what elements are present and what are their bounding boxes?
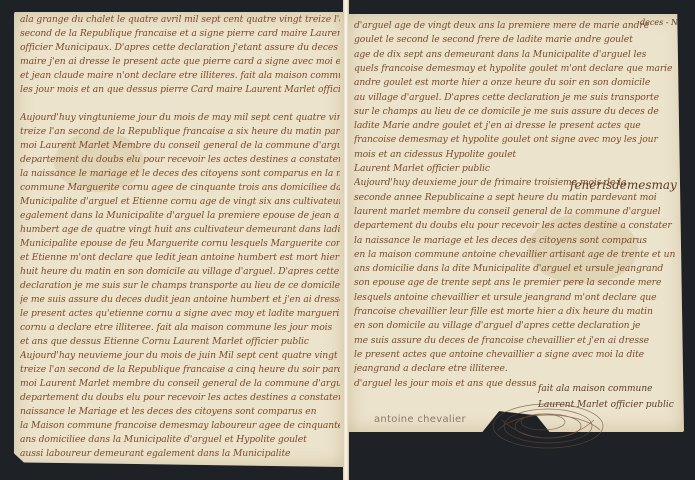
manuscript-line: le present actes que antoine chevaillier… <box>354 349 680 360</box>
manuscript-line: le present actes qu'etienne cornu a sign… <box>20 308 340 319</box>
manuscript-line: departement du doubs elu pour recevoir l… <box>20 392 340 403</box>
manuscript-line: d'arguel age de vingt deux ans la premie… <box>354 20 680 31</box>
manuscript-line: en la maison commune antoine chevaillier… <box>354 249 680 260</box>
manuscript-line: laurent marlet membre du conseil general… <box>354 206 680 217</box>
manuscript-line: Aujourd'hay neuvieme jour du mois de jui… <box>20 350 340 361</box>
manuscript-line: age de dix sept ans demeurant dans la Mu… <box>354 49 680 60</box>
manuscript-line: francoise chevaillier leur fille est mor… <box>354 306 680 317</box>
manuscript-line: huit heure du matin en son domicile au v… <box>20 266 340 277</box>
signature-chevalier-pencil: antoine chevalier <box>374 414 466 425</box>
manuscript-line: et ans que dessus Etienne Cornu Laurent … <box>20 336 340 347</box>
manuscript-line: Aujourd'huy vingtunieme jour du mois de … <box>20 112 340 123</box>
manuscript-line: cornu a declare etre illiteree. fait ala… <box>20 322 340 333</box>
manuscript-line: me suis assure du deces de francoise che… <box>354 335 680 346</box>
manuscript-line: en son domicile au village d'arguel d'ap… <box>354 320 680 331</box>
manuscript-line: moi Laurent Marlet Membre du conseil gen… <box>20 140 340 151</box>
manuscript-line: son epouse age de trente sept ans le pre… <box>354 277 680 288</box>
manuscript-line: ans domicilie dans la dite Municipalite … <box>354 263 680 274</box>
manuscript-line: andre goulet est morte hier a onze heure… <box>354 77 680 88</box>
manuscript-line: la naissance le mariage et le deces des … <box>20 168 340 179</box>
manuscript-line: treize l'an second de la Republique fran… <box>20 364 340 375</box>
signature-demesmay: fenerisdemesmay <box>570 178 677 192</box>
manuscript-line: jeangrand a declare etre illiteree. <box>354 363 680 374</box>
manuscript-line: la Maison commune francoise demesmay lab… <box>20 420 340 431</box>
manuscript-line: naissance le Mariage et les deces des ci… <box>20 406 340 417</box>
right-page: deces - N d'arguel age de vingt deux ans… <box>348 14 684 432</box>
manuscript-line: sur le champs au lieu de ce domicile je … <box>354 106 680 117</box>
manuscript-line: francoise demesmay et hypolite goulet on… <box>354 134 680 145</box>
manuscript-line: ala grange du chalet le quatre avril mil… <box>20 14 340 25</box>
manuscript-line: departement du doubs elu pour recevoir l… <box>354 220 680 231</box>
manuscript-line: et jean claude maire n'ont declare etre … <box>20 70 340 81</box>
left-page: ala grange du chalet le quatre avril mil… <box>14 12 344 467</box>
manuscript-line: aussi laboureur demeurant egalement dans… <box>20 448 340 459</box>
manuscript-line: officier Municipaux. D'apres cette decla… <box>20 42 340 53</box>
manuscript-line: commune Marguerite cornu agee de cinquan… <box>20 182 340 193</box>
manuscript-line: humbert age de quatre vingt huit ans cul… <box>20 224 340 235</box>
manuscript-line: second de la Republique francaise et a s… <box>20 28 340 39</box>
manuscript-line: ladite Marie andre goulet et j'en ai dre… <box>354 120 680 131</box>
manuscript-line: Municipalite epouse de feu Marguerite co… <box>20 238 340 249</box>
signature-flourish-icon <box>488 400 608 452</box>
manuscript-line: seconde annee Republicaine a sept heure … <box>354 192 680 203</box>
manuscript-line: maire j'en ai dresse le present acte que… <box>20 56 340 67</box>
manuscript-line: lesquels antoine chevaillier et ursule j… <box>354 292 680 303</box>
manuscript-line: les jour mois et an que dessus pierre Ca… <box>20 84 340 95</box>
closing-line: fait ala maison commune <box>538 384 652 394</box>
manuscript-line: treize l'an second de la Republique fran… <box>20 126 340 137</box>
manuscript-line: egalement dans la Municipalite d'arguel … <box>20 210 340 221</box>
manuscript-line: moi Laurent Marlet membre du conseil gen… <box>20 378 340 389</box>
manuscript-line: mois et an cidessus Hypolite goulet <box>354 149 680 160</box>
manuscript-line: goulet le second le second frere de ladi… <box>354 34 680 45</box>
manuscript-line: ans domiciliee dans la Municipalite d'ar… <box>20 434 340 445</box>
manuscript-line: au village d'arguel. D'apres cette decla… <box>354 92 680 103</box>
manuscript-line: je me suis assure du deces dudit jean an… <box>20 294 340 305</box>
manuscript-line: Laurent Marlet officier public <box>354 163 680 174</box>
manuscript-line: Municipalite d'arguel et Etienne cornu a… <box>20 196 340 207</box>
manuscript-line: declaration je me suis sur le champs tra… <box>20 280 340 291</box>
manuscript-line: departement du doubs elu pour recevoir l… <box>20 154 340 165</box>
manuscript-line: quels francoise demesmay et hypolite gou… <box>354 63 680 74</box>
manuscript-line: la naissance le mariage et les deces des… <box>354 235 680 246</box>
manuscript-line: et Etienne m'ont declare que ledit jean … <box>20 252 340 263</box>
